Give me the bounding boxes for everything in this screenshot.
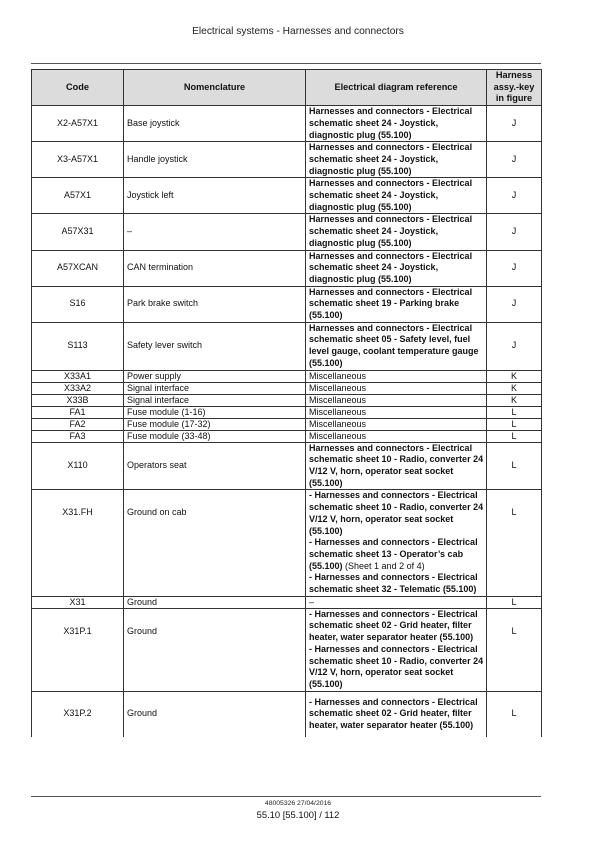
reference-title: Harnesses and connectors - Electrical sc… (309, 178, 472, 211)
cell-harness-key: J (487, 178, 542, 214)
diagram-reference-link[interactable]: - Harnesses and connectors - Electrical … (309, 572, 484, 595)
cell-nomenclature: Fuse module (17-32) (124, 418, 306, 430)
table-row: A57X31–Harnesses and connectors - Electr… (32, 214, 542, 250)
diagram-reference-link[interactable]: Harnesses and connectors - Electrical sc… (309, 287, 484, 322)
reference-title: Harnesses and connectors - Electrical sc… (309, 251, 472, 284)
cell-nomenclature: – (124, 214, 306, 250)
cell-harness-key: J (487, 142, 542, 178)
cell-harness-key: K (487, 394, 542, 406)
diagram-reference-link[interactable]: Harnesses and connectors - Electrical sc… (309, 251, 484, 286)
cell-nomenclature: Joystick left (124, 178, 306, 214)
cell-harness-key: L (487, 691, 542, 737)
table-row: X31.FHGround on cab- Harnesses and conne… (32, 490, 542, 596)
reference-title: Harnesses and connectors - Electrical sc… (309, 323, 479, 368)
cell-nomenclature: Power supply (124, 370, 306, 382)
cell-nomenclature: Handle joystick (124, 142, 306, 178)
cell-harness-key: L (487, 490, 542, 596)
table-row: S113Safety lever switchHarnesses and con… (32, 322, 542, 370)
cell-harness-key: L (487, 418, 542, 430)
cell-harness-key: L (487, 596, 542, 608)
cell-code: A57X31 (32, 214, 124, 250)
footer-page-reference: 55.10 [55.100] / 112 (0, 809, 596, 820)
cell-diagram-reference: Harnesses and connectors - Electrical sc… (306, 214, 487, 250)
cell-diagram-reference: Miscellaneous (306, 418, 487, 430)
cell-harness-key: J (487, 106, 542, 142)
header-rule (31, 63, 541, 64)
cell-nomenclature: Ground (124, 608, 306, 691)
table-row: FA2Fuse module (17-32)MiscellaneousL (32, 418, 542, 430)
cell-harness-key: L (487, 406, 542, 418)
cell-nomenclature: Ground (124, 596, 306, 608)
footer-document-id: 48005326 27/04/2016 (0, 800, 596, 807)
table-row: X33BSignal interfaceMiscellaneousK (32, 394, 542, 406)
cell-code: FA3 (32, 430, 124, 442)
cell-nomenclature: Park brake switch (124, 286, 306, 322)
cell-code: A57X1 (32, 178, 124, 214)
cell-nomenclature: Signal interface (124, 394, 306, 406)
cell-nomenclature: Safety lever switch (124, 322, 306, 370)
cell-diagram-reference: Harnesses and connectors - Electrical sc… (306, 286, 487, 322)
cell-code: X33A1 (32, 370, 124, 382)
cell-harness-key: K (487, 370, 542, 382)
cell-code: X2-A57X1 (32, 106, 124, 142)
cell-harness-key: J (487, 214, 542, 250)
column-header-nomenclature: Nomenclature (124, 70, 306, 106)
table-row: X2-A57X1Base joystickHarnesses and conne… (32, 106, 542, 142)
table-row: X33A2Signal interfaceMiscellaneousK (32, 382, 542, 394)
column-header-code: Code (32, 70, 124, 106)
diagram-reference-link[interactable]: Harnesses and connectors - Electrical sc… (309, 323, 484, 370)
table-row: S16Park brake switchHarnesses and connec… (32, 286, 542, 322)
reference-title: - Harnesses and connectors - Electrical … (309, 697, 478, 730)
cell-code: S16 (32, 286, 124, 322)
cell-code: X31P.1 (32, 608, 124, 691)
page-header-title: Electrical systems - Harnesses and conne… (0, 26, 596, 37)
cell-diagram-reference: Miscellaneous (306, 370, 487, 382)
reference-title: - Harnesses and connectors - Electrical … (309, 490, 483, 535)
diagram-reference-link[interactable]: Harnesses and connectors - Electrical sc… (309, 214, 484, 249)
cell-code: S113 (32, 322, 124, 370)
cell-harness-key: L (487, 442, 542, 490)
table-row: X31P.2Ground- Harnesses and connectors -… (32, 691, 542, 737)
reference-title: - Harnesses and connectors - Electrical … (309, 572, 478, 594)
cell-code: A57XCAN (32, 250, 124, 286)
diagram-reference-link[interactable]: - Harnesses and connectors - Electrical … (309, 490, 484, 537)
cell-code: X31P.2 (32, 691, 124, 737)
reference-title: Harnesses and connectors - Electrical sc… (309, 287, 472, 320)
cell-nomenclature: Base joystick (124, 106, 306, 142)
table-row: X31Ground–L (32, 596, 542, 608)
reference-title: - Harnesses and connectors - Electrical … (309, 609, 478, 642)
cell-nomenclature: Signal interface (124, 382, 306, 394)
diagram-reference-link[interactable]: Harnesses and connectors - Electrical sc… (309, 106, 484, 141)
diagram-reference-link[interactable]: - Harnesses and connectors - Electrical … (309, 644, 484, 691)
cell-diagram-reference: Harnesses and connectors - Electrical sc… (306, 322, 487, 370)
cell-diagram-reference: Miscellaneous (306, 394, 487, 406)
cell-nomenclature: Ground (124, 691, 306, 737)
cell-code: X3-A57X1 (32, 142, 124, 178)
cell-code: X33A2 (32, 382, 124, 394)
table-header-row: Code Nomenclature Electrical diagram ref… (32, 70, 542, 106)
diagram-reference-link[interactable]: Harnesses and connectors - Electrical sc… (309, 443, 484, 490)
harness-key-header-text: Harness assy.-key in figure (491, 70, 537, 105)
cell-code: X110 (32, 442, 124, 490)
table-row: X110Operators seatHarnesses and connecto… (32, 442, 542, 490)
cell-nomenclature: Fuse module (33-48) (124, 430, 306, 442)
table-body: X2-A57X1Base joystickHarnesses and conne… (32, 106, 542, 737)
cell-code: FA2 (32, 418, 124, 430)
cell-diagram-reference: - Harnesses and connectors - Electrical … (306, 490, 487, 596)
cell-diagram-reference: Miscellaneous (306, 382, 487, 394)
reference-title: Harnesses and connectors - Electrical sc… (309, 214, 472, 247)
cell-nomenclature: Fuse module (1-16) (124, 406, 306, 418)
diagram-reference-link[interactable]: Harnesses and connectors - Electrical sc… (309, 142, 484, 177)
table-row: A57XCANCAN terminationHarnesses and conn… (32, 250, 542, 286)
table-row: A57X1Joystick leftHarnesses and connecto… (32, 178, 542, 214)
harness-connector-table: Code Nomenclature Electrical diagram ref… (31, 69, 542, 737)
diagram-reference-link[interactable]: - Harnesses and connectors - Electrical … (309, 537, 484, 572)
cell-nomenclature: Operators seat (124, 442, 306, 490)
reference-title: Harnesses and connectors - Electrical sc… (309, 142, 472, 175)
cell-diagram-reference: Harnesses and connectors - Electrical sc… (306, 442, 487, 490)
cell-code: FA1 (32, 406, 124, 418)
table-row: X33A1Power supplyMiscellaneousK (32, 370, 542, 382)
cell-harness-key: J (487, 250, 542, 286)
cell-harness-key: L (487, 430, 542, 442)
table-row: X31P.1Ground- Harnesses and connectors -… (32, 608, 542, 691)
diagram-reference-link[interactable]: Harnesses and connectors - Electrical sc… (309, 178, 484, 213)
cell-harness-key: K (487, 382, 542, 394)
cell-nomenclature: Ground on cab (124, 490, 306, 596)
column-header-harness-key: Harness assy.-key in figure (487, 70, 542, 106)
cell-diagram-reference: Harnesses and connectors - Electrical sc… (306, 106, 487, 142)
column-header-diagram-reference: Electrical diagram reference (306, 70, 487, 106)
cell-diagram-reference: Harnesses and connectors - Electrical sc… (306, 178, 487, 214)
reference-title: Harnesses and connectors - Electrical sc… (309, 106, 472, 139)
cell-diagram-reference: Harnesses and connectors - Electrical sc… (306, 142, 487, 178)
cell-code: X31.FH (32, 490, 124, 596)
cell-harness-key: J (487, 322, 542, 370)
cell-harness-key: J (487, 286, 542, 322)
cell-diagram-reference: Harnesses and connectors - Electrical sc… (306, 250, 487, 286)
reference-title: Harnesses and connectors - Electrical sc… (309, 443, 483, 488)
cell-nomenclature: CAN termination (124, 250, 306, 286)
diagram-reference-link[interactable]: - Harnesses and connectors - Electrical … (309, 697, 484, 732)
cell-harness-key: L (487, 608, 542, 691)
cell-diagram-reference: Miscellaneous (306, 406, 487, 418)
cell-diagram-reference: – (306, 596, 487, 608)
cell-code: X31 (32, 596, 124, 608)
reference-title: - Harnesses and connectors - Electrical … (309, 644, 483, 689)
footer-rule (31, 796, 541, 797)
table-row: X3-A57X1Handle joystickHarnesses and con… (32, 142, 542, 178)
diagram-reference-link[interactable]: - Harnesses and connectors - Electrical … (309, 609, 484, 644)
cell-diagram-reference: Miscellaneous (306, 430, 487, 442)
table-row: FA1Fuse module (1-16)MiscellaneousL (32, 406, 542, 418)
reference-note: (Sheet 1 and 2 of 4) (343, 561, 425, 571)
cell-code: X33B (32, 394, 124, 406)
cell-diagram-reference: - Harnesses and connectors - Electrical … (306, 608, 487, 691)
table-row: FA3Fuse module (33-48)MiscellaneousL (32, 430, 542, 442)
cell-diagram-reference: - Harnesses and connectors - Electrical … (306, 691, 487, 737)
